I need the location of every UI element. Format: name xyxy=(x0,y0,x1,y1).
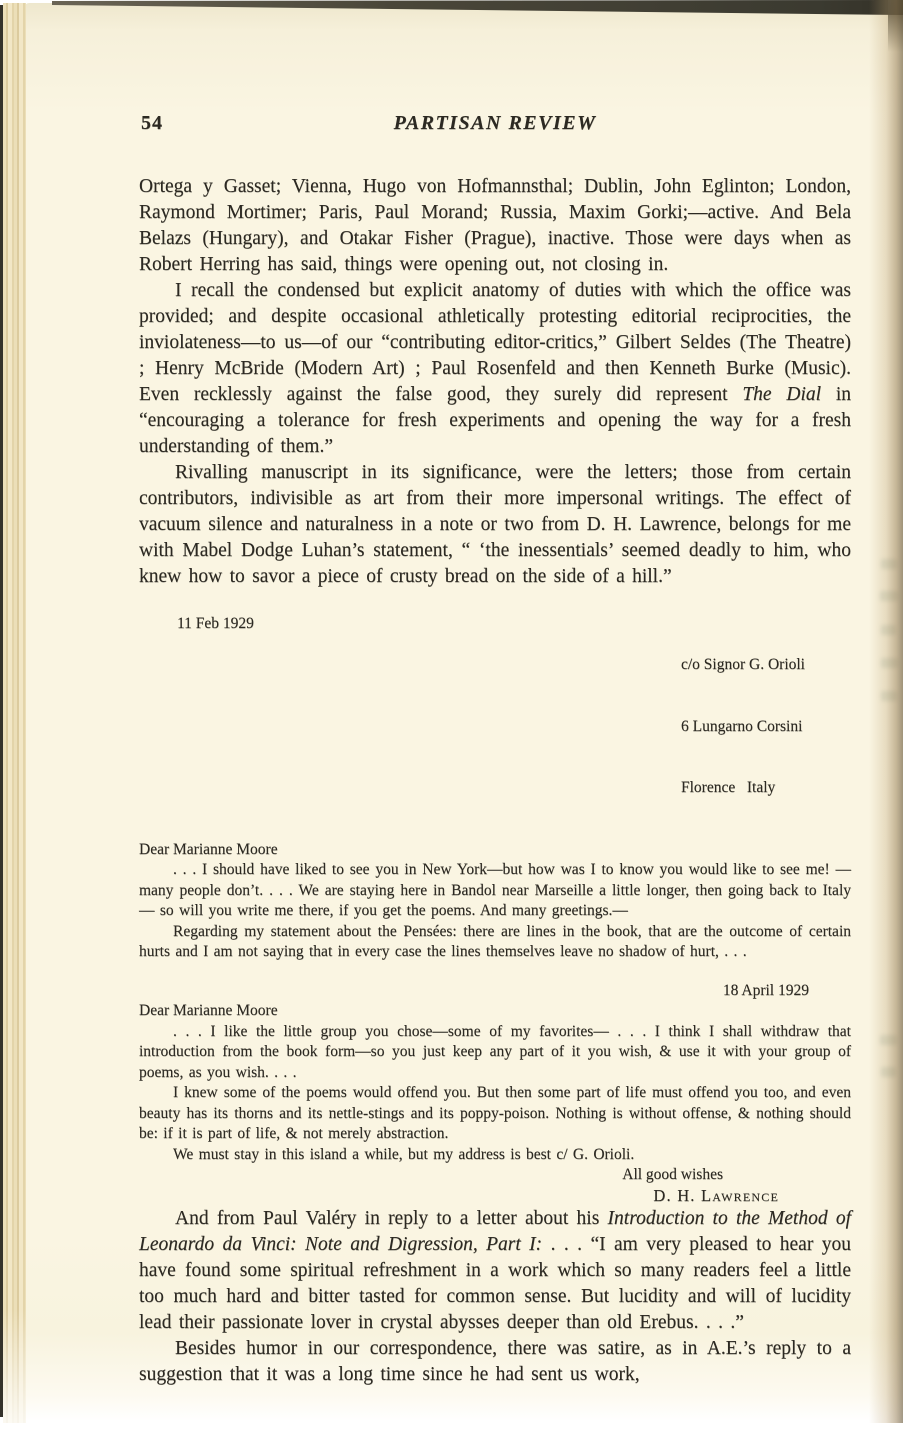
journal-title: PARTISAN REVIEW xyxy=(394,112,597,135)
title-the-dial: The Dial xyxy=(742,384,821,405)
letter2-signature: D. H. Lawrence xyxy=(139,1186,851,1207)
letter-lawrence-feb-1929: 11 Feb 1929 c/o Signor G. Orioli 6 Lunga… xyxy=(139,614,851,963)
letter1-address-line1: c/o Signor G. Orioli xyxy=(681,655,805,676)
letter2-paragraph2: I knew some of the poems would offend yo… xyxy=(139,1083,851,1145)
letter1-date: 11 Feb 1929 xyxy=(139,614,254,635)
letter2-closing: All good wishes xyxy=(139,1165,851,1186)
book-cover-edge-left xyxy=(0,5,3,1417)
page-gutter-shadow xyxy=(869,0,903,1423)
paragraph-valery: And from Paul Valéry in reply to a lette… xyxy=(139,1206,851,1336)
page-number: 54 xyxy=(141,112,163,135)
letter2-paragraph1: . . . I like the little group you chose—… xyxy=(139,1022,851,1084)
paragraph-ortega: Ortega y Gasset; Vienna, Hugo von Hofman… xyxy=(139,174,851,278)
letter1-address-line3: Florence Italy xyxy=(681,778,805,799)
scanned-book-page: 54 PARTISAN REVIEW Ortega y Gasset; Vien… xyxy=(0,0,903,1433)
paragraph-valery-run1: And from Paul Valéry in reply to a lette… xyxy=(175,1208,608,1229)
running-head: 54 PARTISAN REVIEW xyxy=(139,112,851,138)
letter2-salutation: Dear Marianne Moore xyxy=(139,1001,851,1022)
page-content: 54 PARTISAN REVIEW Ortega y Gasset; Vien… xyxy=(139,112,851,1388)
letter1-salutation: Dear Marianne Moore xyxy=(139,840,851,861)
letter1-paragraph2: Regarding my statement about the Pensées… xyxy=(139,922,851,963)
letter2-date: 18 April 1929 xyxy=(139,981,851,1002)
letter1-address-line2: 6 Lungarno Corsini xyxy=(681,717,805,738)
paragraph-rivalling: Rivalling manuscript in its significance… xyxy=(139,460,851,590)
page-stack-edge xyxy=(3,3,26,1423)
paragraph-recall: I recall the condensed but explicit anat… xyxy=(139,278,851,460)
letter2-paragraph3: We must stay in this island a while, but… xyxy=(139,1145,851,1166)
letter1-address: c/o Signor G. Orioli 6 Lungarno Corsini … xyxy=(681,614,805,840)
paragraph-besides: Besides humor in our correspondence, the… xyxy=(139,1336,851,1388)
letter-lawrence-april-1929: 18 April 1929 Dear Marianne Moore . . . … xyxy=(139,981,851,1207)
letter1-paragraph1: . . . I should have liked to see you in … xyxy=(139,860,851,922)
letter1-heading: 11 Feb 1929 c/o Signor G. Orioli 6 Lunga… xyxy=(139,614,851,840)
